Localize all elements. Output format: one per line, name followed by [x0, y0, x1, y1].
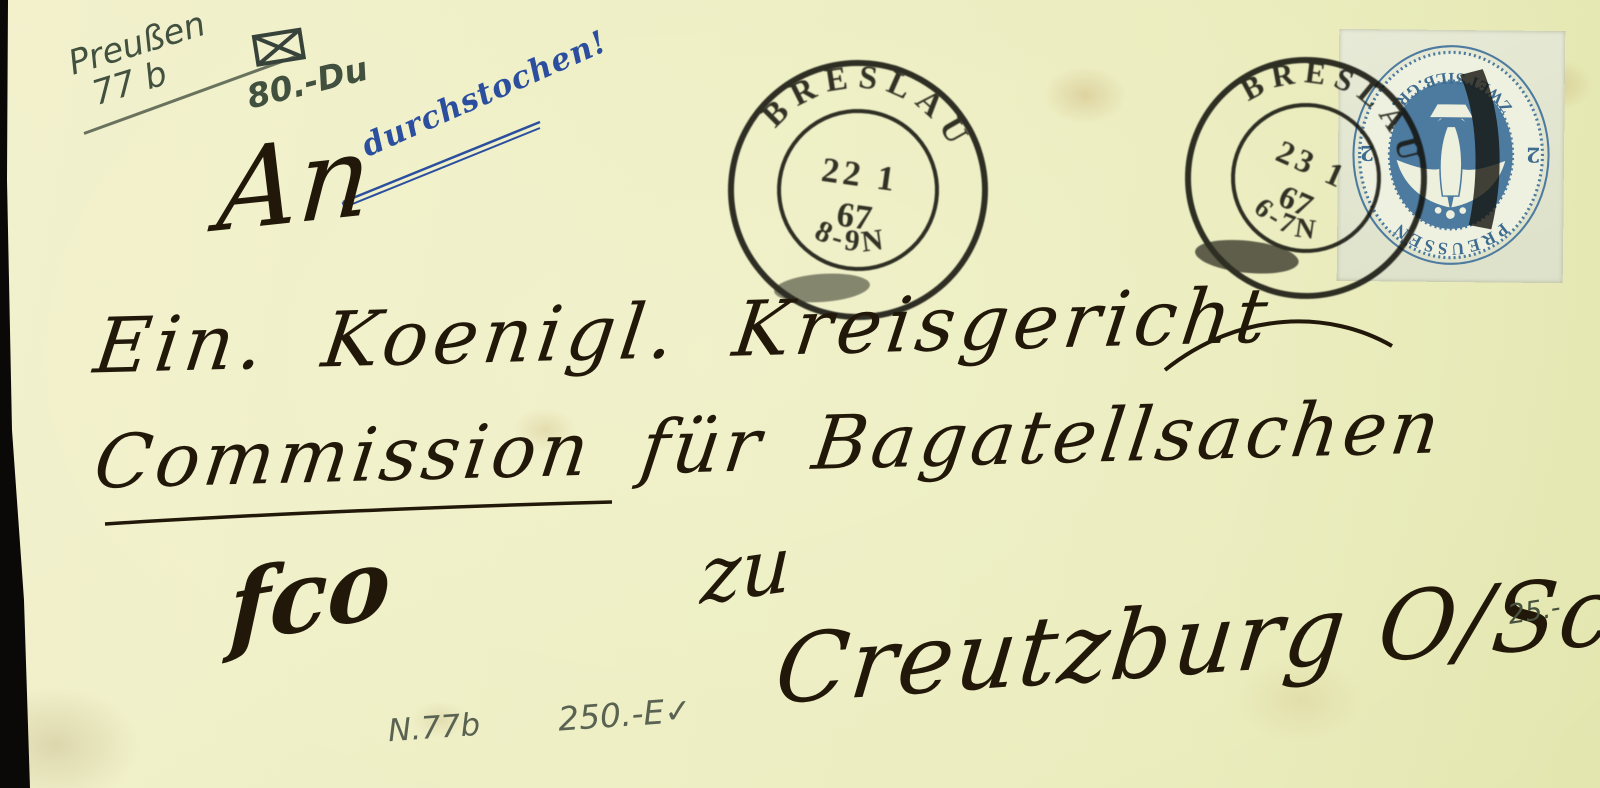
address-line1: Ein. Koenigl. Kreisgericht: [90, 277, 1276, 384]
address-line2-underline: [100, 492, 620, 532]
pencil-bottom-catalog: N.77b: [387, 709, 481, 748]
address-line1-flourish: [1160, 300, 1400, 390]
postmark1-date: 22 1: [819, 150, 901, 199]
pencil-bottom-price: 250.-E✓: [557, 693, 693, 737]
svg-text:BRESLAU: BRESLAU: [752, 45, 988, 161]
stamp-numeral-left: 2: [1526, 143, 1541, 167]
address-line3-prefix: zu: [699, 525, 792, 617]
postmark1-town: BRESLAU: [752, 45, 988, 161]
photo-frame: Preußen 77 b 80.-Du durchstochen!: [0, 0, 1600, 788]
address-line3: Creutzburg O/Schl.: [771, 556, 1600, 719]
envelope: Preußen 77 b 80.-Du durchstochen!: [0, 0, 1600, 788]
address-line2: Commission für Bagatellsachen: [90, 390, 1447, 500]
franco-note: fco: [228, 533, 393, 660]
envelope-doodle-icon: [252, 28, 308, 68]
pencil-catalog-note: Preußen 77 b: [65, 7, 221, 116]
pencil-bottom-price-value: 250.-E: [557, 692, 666, 738]
pencil-check-mark: ✓: [663, 690, 693, 731]
address-salutation: An: [214, 119, 374, 248]
